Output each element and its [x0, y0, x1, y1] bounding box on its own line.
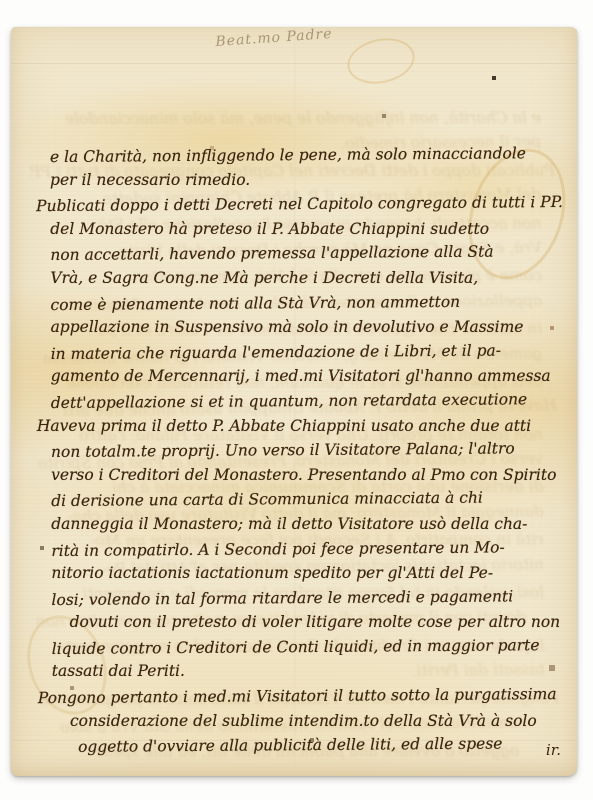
salutation-heading: Beat.mo Padre	[11, 27, 537, 64]
showthrough-flourish	[343, 32, 419, 89]
horizontal-fold-crease	[11, 63, 577, 65]
manuscript-page: e la Charità, non infliggendo le pene, m…	[11, 27, 577, 776]
text-line: danneggia il Monastero; mà il detto Visi…	[51, 512, 573, 537]
text-line: del Monastero hà preteso il P. Abbate Ch…	[50, 217, 572, 242]
text-line: di derisione una carta di Scommunica min…	[51, 485, 573, 514]
text-line: verso i Creditori del Monastero. Present…	[51, 463, 573, 488]
text-line: dovuti con il pretesto di voler litigare…	[70, 610, 574, 635]
text-line: non totalm.te proprij. Uno verso il Visi…	[51, 436, 573, 465]
text-line: in materia che riguarda l'emendazione de…	[51, 338, 573, 367]
text-line: losi; volendo in tal forma ritardare le …	[51, 584, 573, 613]
ink-specks	[11, 27, 13, 29]
text-line: Pongono pertanto i med.mi Visitatori il …	[38, 682, 574, 711]
text-line: Publicati doppo i detti Decreti nel Capi…	[36, 190, 572, 219]
text-line: liquide contro i Creditori de Conti liqu…	[52, 633, 574, 662]
text-line: dett'appellazione si et in quantum, non …	[51, 387, 573, 416]
text-line: rità in compatirlo. A i Secondi poi fece…	[51, 534, 573, 563]
text-line: nitorio iactationis iactationum spedito …	[51, 561, 573, 586]
text-line: e la Charità, non infliggendo le pene, m…	[50, 141, 572, 170]
text-line: oggetto d'ovviare alla publicità delle l…	[78, 731, 574, 759]
text-line: gamento de Mercennarij, i med.mi Visitat…	[51, 364, 573, 389]
text-line: Haveva prima il detto P. Abbate Chiappin…	[37, 414, 573, 439]
text-line: tassati dai Periti.	[52, 659, 574, 684]
text-line: considerazione del sublime intendim.to d…	[70, 709, 574, 734]
text-lines: e la Charità, non infliggendo le pene, m…	[26, 142, 574, 759]
catchword: ir.	[546, 741, 561, 759]
text-line: come è pienamente noti alla Stà Vrà, non…	[50, 288, 572, 317]
text-line: appellazione in Suspensivo mà solo in de…	[51, 315, 573, 340]
text-line: Vrà, e Sagra Cong.ne Mà perche i Decreti…	[50, 266, 572, 291]
text-line: non accettarli, havendo premessa l'appel…	[50, 239, 572, 268]
text-line: per il necessario rimedio.	[50, 168, 572, 193]
